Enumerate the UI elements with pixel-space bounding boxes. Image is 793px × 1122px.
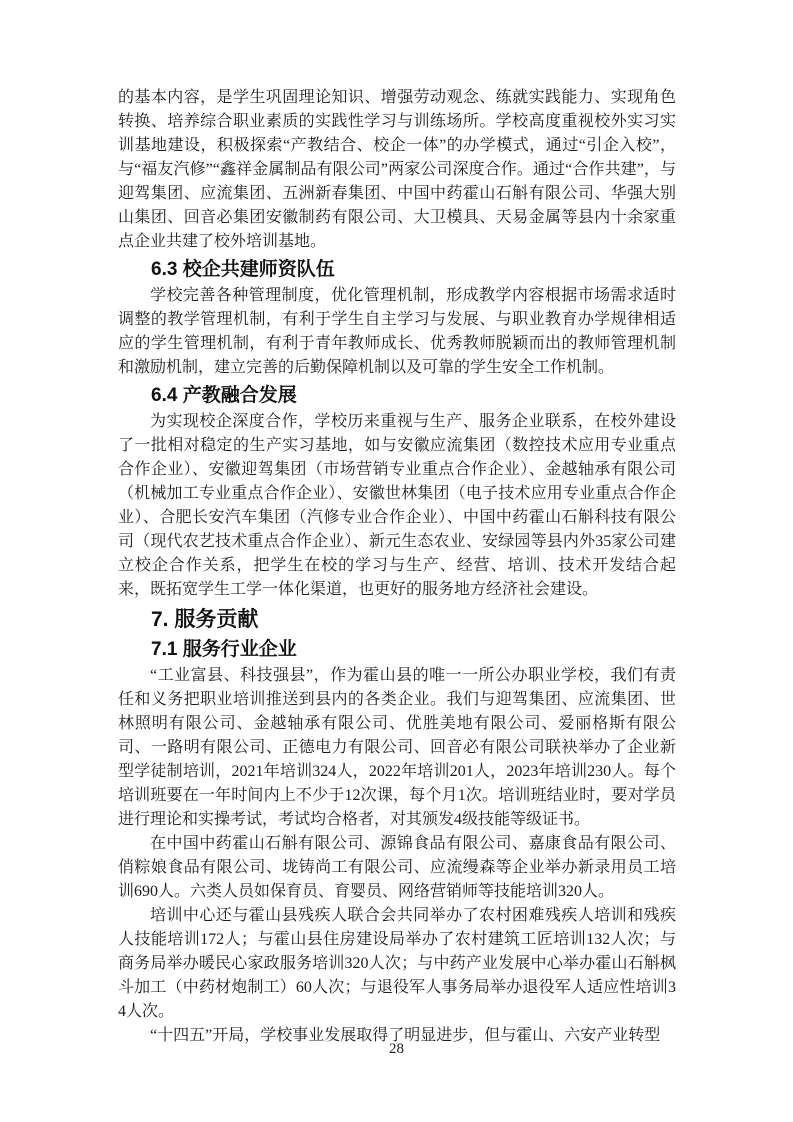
- paragraph-section-7-1-apprentice-training: “工业富县、科技强县”，作为霍山县的唯一一所公办职业学校，我们有责任和义务把职业…: [118, 664, 676, 832]
- document-page: 的基本内容，是学生巩固理论知识、增强劳动观念、练就实践能力、实现角色转换、培养综…: [0, 0, 793, 1122]
- paragraph-section-6-3: 学校完善各种管理制度，优化管理机制，形成教学内容根据市场需求适时调整的教学管理机…: [118, 284, 676, 380]
- paragraph-section-7-1-employee-training: 在中国中药霍山石斛有限公司、源锦食品有限公司、嘉康食品有限公司、俏粽娘食品有限公…: [118, 832, 676, 904]
- page-content: 的基本内容，是学生巩固理论知识、增强劳动观念、练就实践能力、实现角色转换、培养综…: [118, 86, 676, 1048]
- chapter-heading-7: 7. 服务贡献: [118, 606, 676, 634]
- section-heading-6-4: 6.4 产教融合发展: [118, 383, 676, 409]
- paragraph-section-7-1-community-training: 培训中心还与霍山县残疾人联合会共同举办了农村困难残疾人培训和残疾人技能培训172…: [118, 904, 676, 1024]
- section-heading-6-3: 6.3 校企共建师资队伍: [118, 257, 676, 283]
- paragraph-section-6-4: 为实现校企深度合作，学校历来重视与生产、服务企业联系，在校外建设了一批相对稳定的…: [118, 410, 676, 602]
- paragraph-continuation: 的基本内容，是学生巩固理论知识、增强劳动观念、练就实践能力、实现角色转换、培养综…: [118, 86, 676, 254]
- page-number: 28: [0, 1040, 793, 1058]
- section-heading-7-1: 7.1 服务行业企业: [118, 637, 676, 663]
